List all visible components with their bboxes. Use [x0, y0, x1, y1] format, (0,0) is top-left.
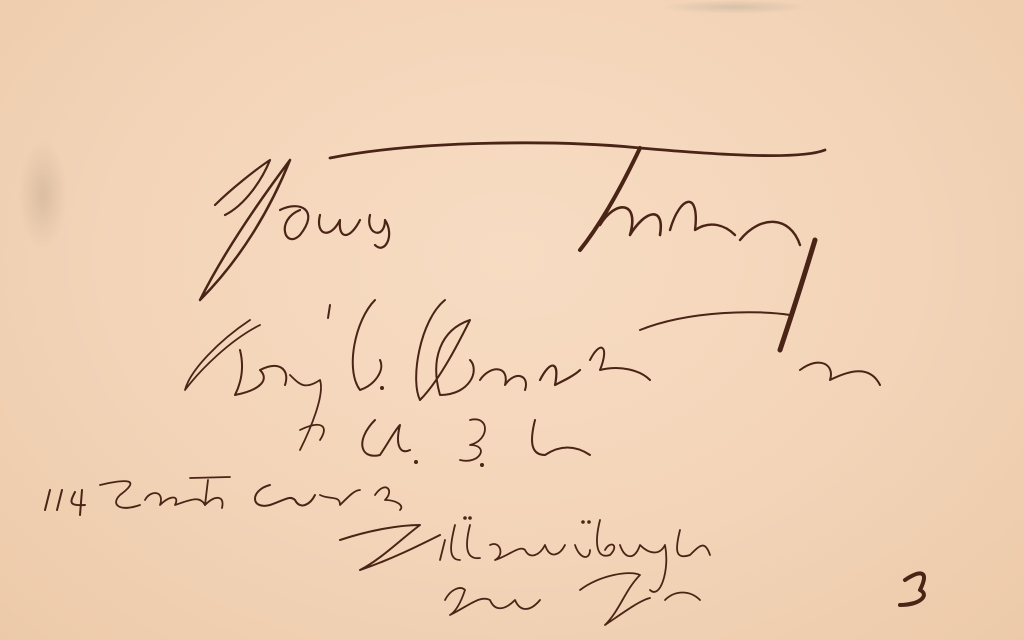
line-truly: [330, 143, 825, 350]
line-street: [45, 477, 401, 515]
line-city: [340, 516, 710, 592]
line-state: [445, 573, 924, 625]
line-yours: [200, 160, 389, 300]
line-usa: [300, 419, 590, 467]
handwritten-card: Yours Truly Benj C. Bampton U. S. A 114 …: [0, 0, 1024, 640]
handwriting-ink: [0, 0, 1024, 640]
